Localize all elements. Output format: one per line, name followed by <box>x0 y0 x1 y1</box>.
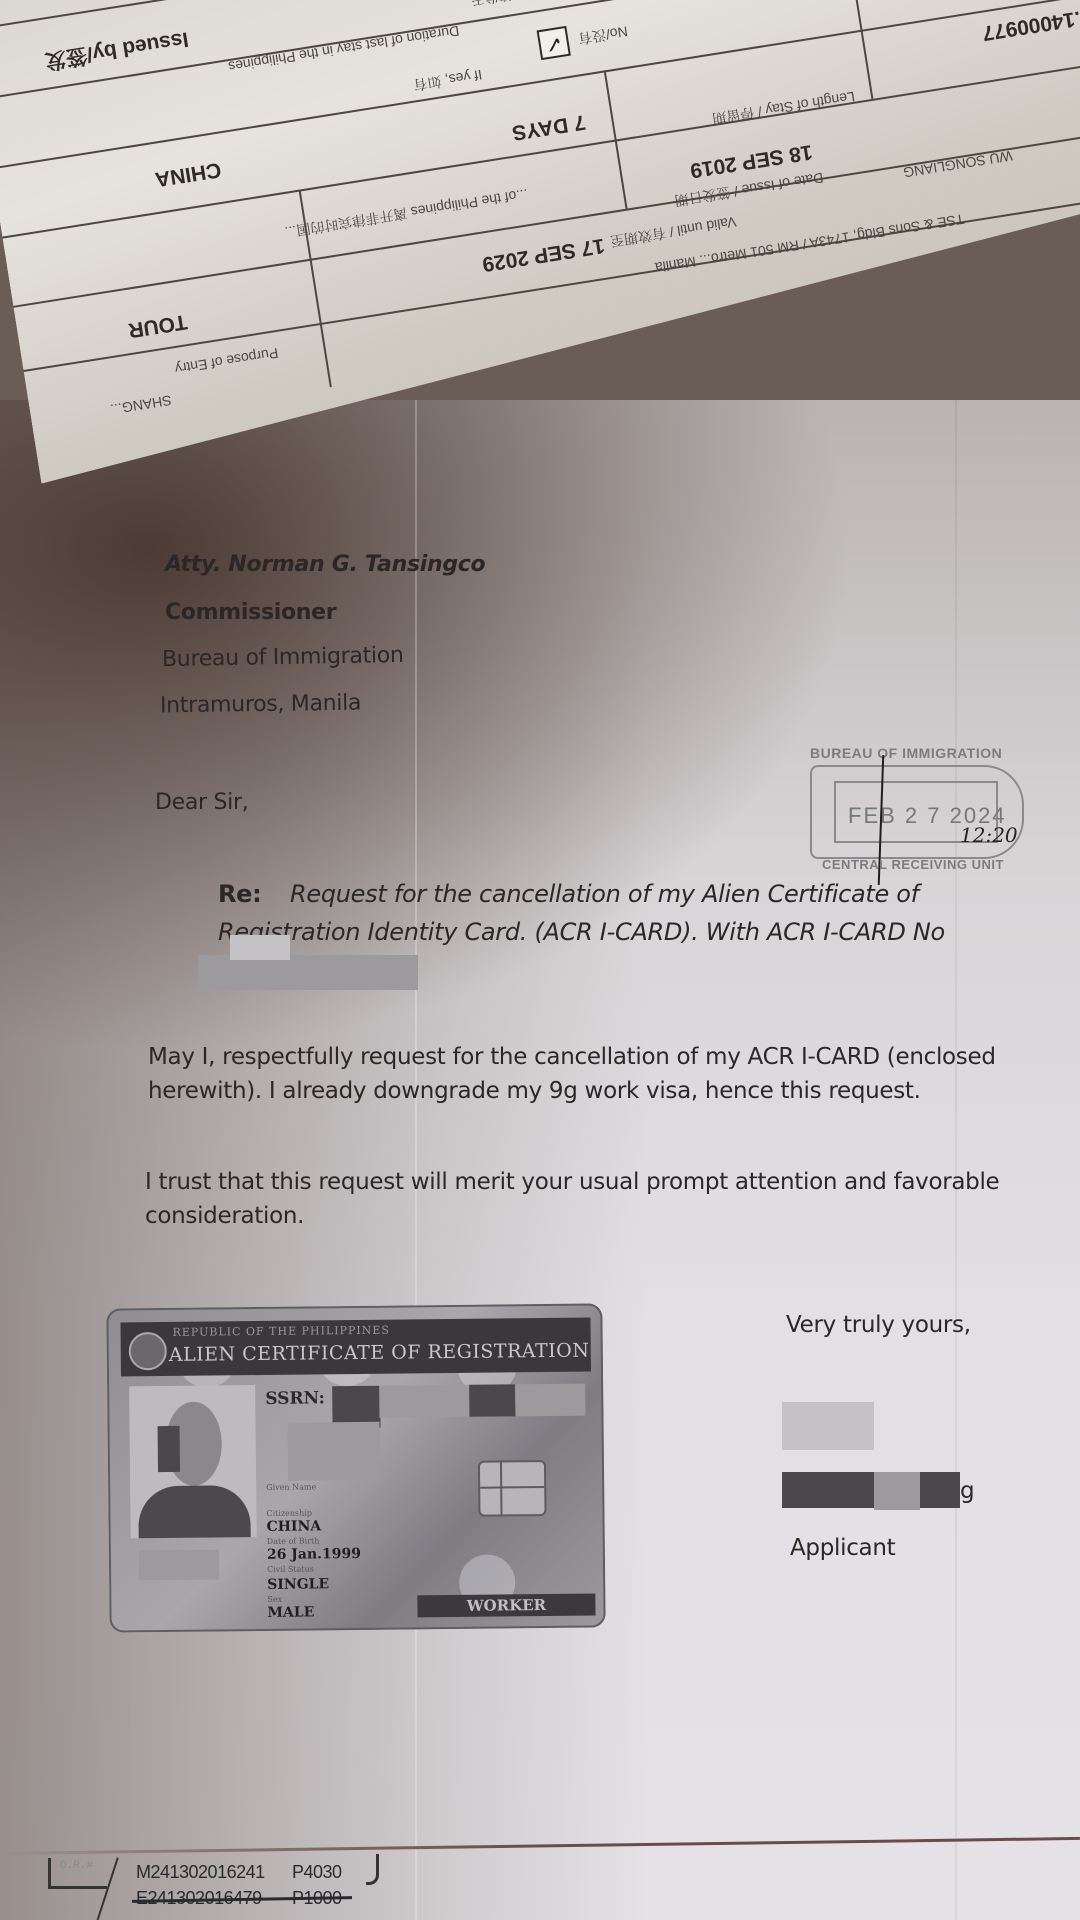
closing: Very truly yours, <box>786 1312 971 1338</box>
or-label: O.R.# <box>60 1860 93 1872</box>
form-field-valid-label: Valid until / 有效期至 <box>609 212 738 252</box>
card-dob-label: Date of Birth <box>267 1536 320 1546</box>
form-field-length-label: Length of Stay / 停留期 <box>711 87 856 129</box>
addressee-name: Atty. Norman G. Tansingco <box>165 552 485 577</box>
card-chip-icon <box>478 1460 547 1517</box>
addressee-title: Commissioner <box>165 600 336 625</box>
received-stamp: BUREAU OF IMMIGRATION FEB 2 7 2024 12:20… <box>810 745 1025 880</box>
form-field-support: ...oral support & guarantee <box>44 0 210 3</box>
card-citizenship-label: Citizenship <box>266 1508 312 1517</box>
card-civil-status-label: Civil Status <box>267 1564 314 1573</box>
form-rule <box>23 182 1080 372</box>
or-number-1: M241302016241 <box>136 1862 265 1883</box>
card-ssrn-label: SSRN: <box>265 1388 325 1409</box>
addressee-office: Bureau of Immigration <box>162 643 404 672</box>
signatory-role: Applicant <box>790 1535 895 1561</box>
form-rule <box>0 0 1080 170</box>
card-header-band: REPUBLIC OF THE PHILIPPINES ALIEN CERTIF… <box>120 1318 591 1377</box>
redacted-ssrn <box>515 1384 585 1417</box>
or-amount-1: P4030 <box>292 1862 342 1883</box>
form-field-no: No/没有 <box>577 21 629 49</box>
form-field-nationality: CHINA <box>153 157 222 191</box>
acr-card-photocopy: REPUBLIC OF THE PHILIPPINES ALIEN CERTIF… <box>106 1303 605 1632</box>
redacted-card-signature <box>139 1549 219 1580</box>
card-title: ALIEN CERTIFICATE OF REGISTRATION <box>169 1340 590 1366</box>
card-dob: 26 Jan.1999 <box>267 1546 361 1563</box>
stamp-handwritten-time: 12:20 <box>960 823 1018 847</box>
paragraph-request: May I, respectfully request for the canc… <box>148 1040 1048 1108</box>
re-line-2: Registration Identity Card. (ACR I-CARD)… <box>218 918 945 946</box>
card-given-name-label: Given Name <box>266 1482 316 1492</box>
re-label: Re: <box>218 880 261 908</box>
form-field-purpose-value: TOUR <box>127 309 189 342</box>
stamp-top-text: BUREAU OF IMMIGRATION <box>810 745 1002 761</box>
form-field-issued-at: SHANG... <box>109 392 172 417</box>
card-sex: MALE <box>267 1604 314 1620</box>
form-field-issued-on: Issued on/签发于 <box>469 0 577 10</box>
card-photo <box>129 1385 257 1538</box>
card-sex-label: Sex <box>267 1595 282 1604</box>
card-civil-status: SINGLE <box>267 1576 329 1593</box>
paper-crease <box>955 400 957 1920</box>
paragraph-closing-request: I trust that this request will merit you… <box>145 1165 1045 1233</box>
form-rule <box>2 49 1080 239</box>
form-field-duration: Duration of last stay in the Philippines <box>227 23 460 75</box>
form-field-purpose-label: Purpose of Entry <box>174 345 280 377</box>
form-field-length-of-stay: 7 DAYS <box>510 109 587 144</box>
redacted-name <box>288 1422 381 1481</box>
card-country: REPUBLIC OF THE PHILIPPINES <box>173 1324 390 1339</box>
paper-crease <box>415 400 417 1920</box>
form-rule <box>0 0 1080 31</box>
redacted-acr-number <box>198 955 418 990</box>
form-divider <box>850 0 874 99</box>
seal-icon <box>129 1332 167 1370</box>
letter-paper <box>0 400 1080 1920</box>
form-field-valid-until: 17 SEP 2029 <box>481 233 607 276</box>
salutation: Dear Sir, <box>155 790 248 815</box>
form-field-departure: ...of the Philippines 离开菲律宾时的国... <box>283 184 529 242</box>
card-citizenship: CHINA <box>267 1518 322 1535</box>
addressee-location: Intramuros, Manila <box>160 691 361 719</box>
form-rule <box>13 118 1080 308</box>
form-field-spouse: WU SONGLIANG <box>902 148 1014 181</box>
re-line-1: Request for the cancellation of my Alien… <box>290 880 919 908</box>
card-category: WORKER <box>417 1594 595 1618</box>
redacted-signatory-name <box>782 1472 874 1508</box>
stamp-bottom-text: CENTRAL RECEIVING UNIT <box>822 857 1004 872</box>
form-checkbox-no: ✓ <box>537 26 571 60</box>
